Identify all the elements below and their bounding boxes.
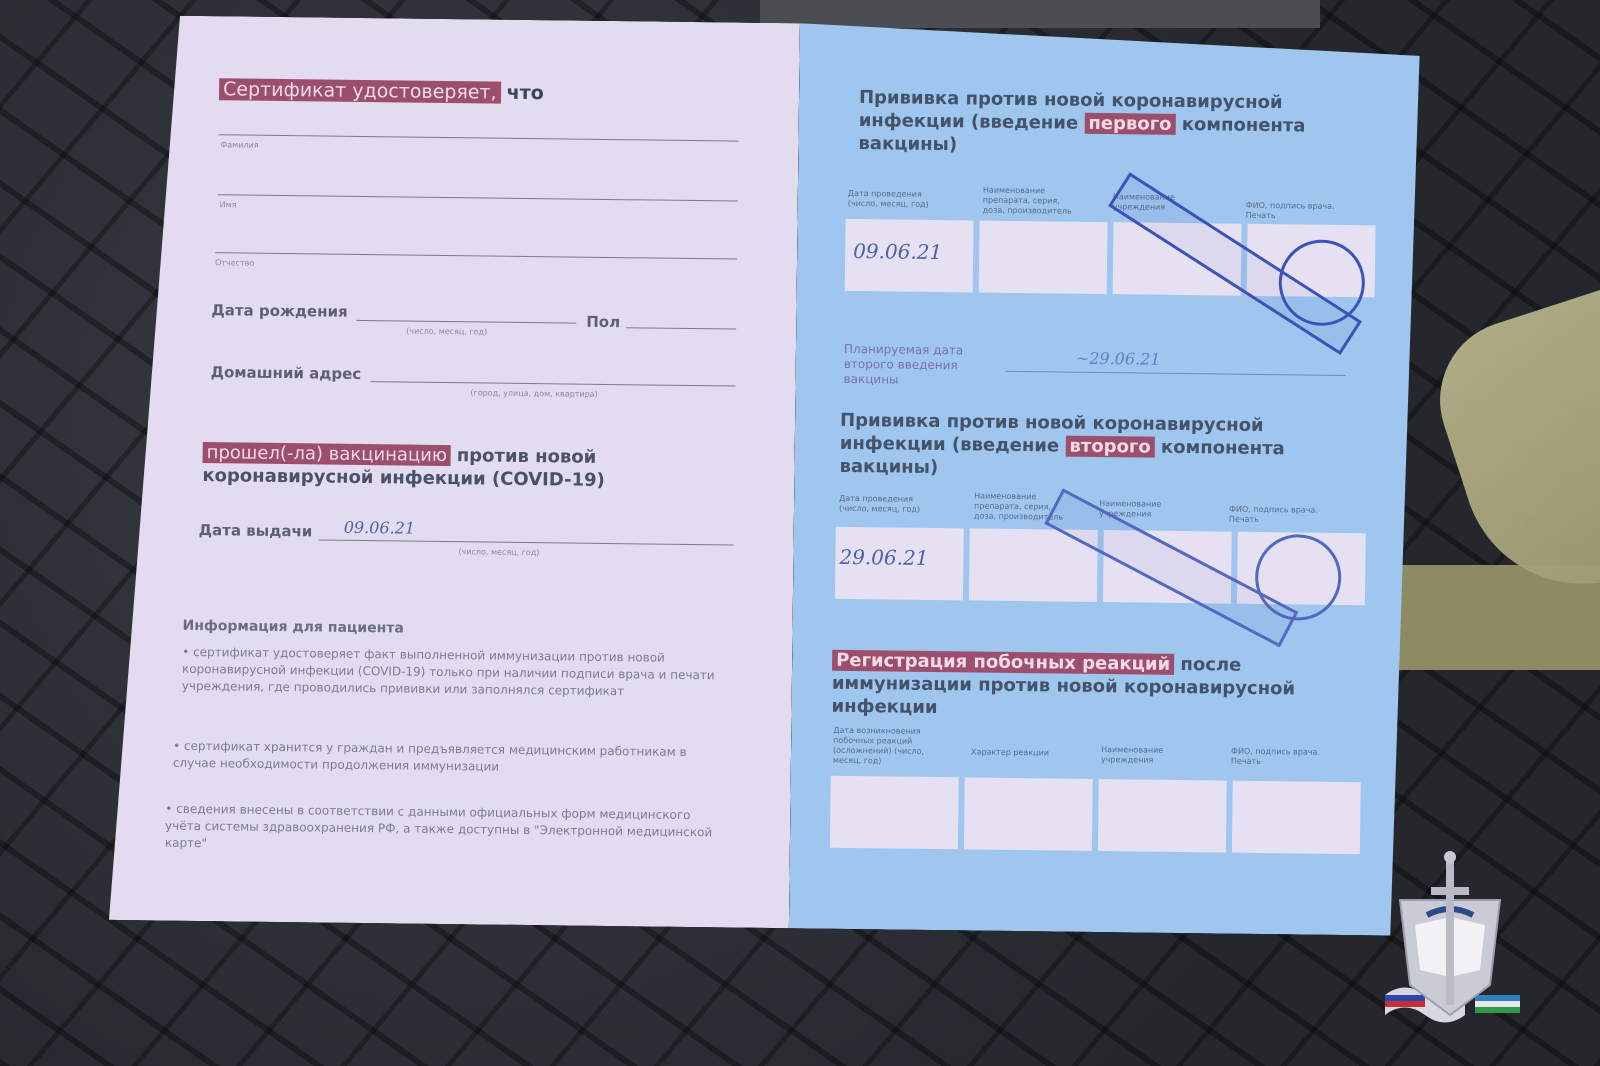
address-caption: (город, улица, дом, квартира) (470, 388, 597, 399)
column-header: Дата проведения (число, месяц, год) (839, 494, 939, 515)
planned-second-field[interactable] (1006, 371, 1346, 376)
patronymic-field[interactable] (215, 252, 737, 259)
column-header: Дата проведения (число, месяц, год) (848, 189, 948, 210)
prosecutor-emblem-icon (1365, 845, 1535, 1025)
column-header: Наименование препарата, серия, доза, про… (983, 186, 1083, 217)
planned-second-label: Планируемая дата второго введения вакцин… (844, 342, 1015, 389)
round-seal (1255, 534, 1342, 621)
first-dose-date-cell[interactable]: 09.06.21 (845, 219, 974, 293)
surname-field[interactable] (219, 134, 739, 141)
column-header: ФИО, подпись врача. Печать (1246, 201, 1346, 222)
issue-date-caption: (число, месяц, год) (458, 547, 539, 557)
column-header: Дата возникновения побочных реакций (осл… (833, 726, 943, 767)
issue-date-value: 09.06.21 (344, 518, 415, 538)
round-seal (1278, 239, 1365, 326)
side-effect-institution-cell[interactable] (1098, 779, 1227, 853)
side-effect-signature-cell[interactable] (1232, 781, 1361, 855)
right-page: Прививка против новой коронавирусной инф… (789, 23, 1420, 936)
surname-caption: Фамилия (220, 140, 258, 149)
vaccination-statement: прошел(-ла) вакцинацию против новой коро… (202, 441, 605, 492)
side-effect-nature-cell[interactable] (964, 777, 1093, 851)
name-field[interactable] (218, 194, 738, 201)
info-bullet: • сведения внесены в соответствии с данн… (165, 801, 726, 859)
name-caption: Имя (220, 200, 237, 209)
left-page: Сертификат удостоверяет, что Фамилия Имя… (109, 15, 800, 928)
first-dose-title: Прививка против новой коронавирусной инф… (858, 86, 1379, 161)
column-header: Характер реакции (971, 747, 1071, 758)
side-effect-date-cell[interactable] (830, 776, 959, 850)
patronymic-caption: Отчество (215, 258, 254, 267)
column-header: ФИО, подпись врача. Печать (1229, 505, 1329, 526)
address-label: Домашний адрес (211, 363, 362, 383)
info-bullet: • сертификат хранится у граждан и предъя… (173, 738, 733, 779)
sex-field[interactable] (626, 327, 736, 329)
info-bullet: • сертификат удостоверяет факт выполненн… (182, 644, 743, 702)
dob-field[interactable] (356, 320, 576, 324)
column-header: Наименование учреждения (1101, 745, 1201, 766)
planned-second-value: ~29.06.21 (1076, 349, 1161, 369)
second-dose-date-cell[interactable]: 29.06.21 (835, 527, 964, 601)
first-dose-vaccine-cell[interactable] (979, 221, 1108, 295)
issue-date-label: Дата выдачи (199, 521, 313, 540)
dob-label: Дата рождения (211, 301, 348, 321)
second-dose-title: Прививка против новой коронавирусной инф… (839, 409, 1360, 484)
sex-label: Пол (586, 313, 620, 331)
column-header: ФИО, подпись врача. Печать (1231, 747, 1331, 768)
vaccination-certificate: Сертификат удостоверяет, что Фамилия Имя… (109, 15, 1420, 936)
info-title: Информация для пациента (182, 618, 404, 637)
certificate-heading: Сертификат удостоверяет, что (219, 78, 544, 104)
dob-caption: (число, месяц, год) (406, 327, 487, 337)
address-field[interactable] (371, 381, 736, 386)
side-effects-title: Регистрация побочных реакций после иммун… (831, 649, 1352, 724)
issue-date-field[interactable] (319, 539, 734, 545)
